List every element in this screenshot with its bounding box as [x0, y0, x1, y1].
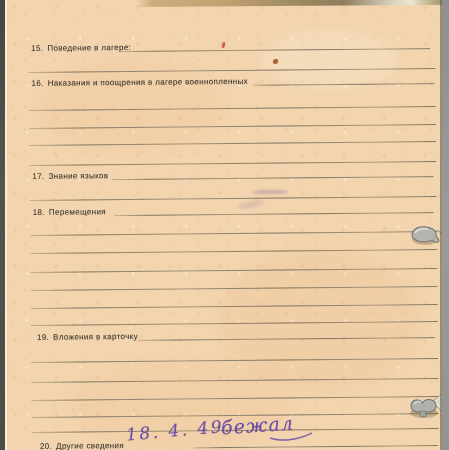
- field-text: Перемещения: [49, 207, 106, 217]
- field-label-20: 20.Другие сведения: [40, 441, 124, 450]
- ruled-line: [32, 396, 439, 401]
- ruled-line: [31, 378, 438, 383]
- field-number: 18.: [33, 208, 45, 217]
- stain-spot: [273, 59, 278, 64]
- printed-form: 15.Поведение в лагере: 16.Наказания и по…: [0, 0, 449, 450]
- field-text: Другие сведения: [56, 441, 124, 450]
- field-number: 15.: [31, 44, 43, 53]
- ink-smudge: [252, 190, 288, 194]
- ruled-line: [118, 48, 430, 52]
- field-label-18: 18.Перемещения: [33, 207, 106, 217]
- handwriting-flourish: [268, 429, 314, 443]
- ruled-line: [30, 268, 437, 273]
- ruled-line: [31, 358, 438, 363]
- ruled-line: [114, 212, 434, 216]
- field-label-15: 15.Поведение в лагере:: [31, 43, 131, 53]
- field-text: Вложения в карточку: [53, 332, 138, 342]
- ruled-line: [139, 337, 435, 341]
- field-text: Наказания и поощрения в лагере военнопле…: [48, 77, 248, 88]
- ruled-line: [111, 176, 433, 180]
- field-text: Знание языков: [49, 171, 109, 181]
- paper-edge-highlight: [5, 0, 7, 450]
- field-label-19: 19.Вложения в карточку: [37, 332, 138, 342]
- ruled-line: [29, 161, 436, 166]
- ruled-line: [31, 304, 438, 309]
- field-number: 20.: [40, 442, 52, 450]
- field-number: 17.: [32, 172, 44, 181]
- field-number: 16.: [31, 79, 43, 88]
- ruled-line: [30, 196, 437, 201]
- field-number: 19.: [37, 333, 49, 342]
- scan-edge-left: [0, 0, 5, 450]
- ruled-line: [30, 231, 437, 236]
- ruled-line: [31, 321, 438, 326]
- ruled-line: [30, 249, 437, 254]
- scan-edge-right: [442, 0, 449, 450]
- scanned-document-page: 15.Поведение в лагере: 16.Наказания и по…: [0, 0, 449, 450]
- ruled-line: [28, 68, 435, 73]
- ruled-line: [29, 124, 436, 129]
- ruled-line: [30, 286, 437, 291]
- ruled-line: [29, 141, 436, 146]
- ruled-line: [29, 106, 436, 111]
- field-label-16: 16.Наказания и поощрения в лагере военно…: [31, 77, 248, 88]
- field-label-17: 17.Знание языков: [32, 171, 108, 181]
- ruled-line: [253, 83, 435, 86]
